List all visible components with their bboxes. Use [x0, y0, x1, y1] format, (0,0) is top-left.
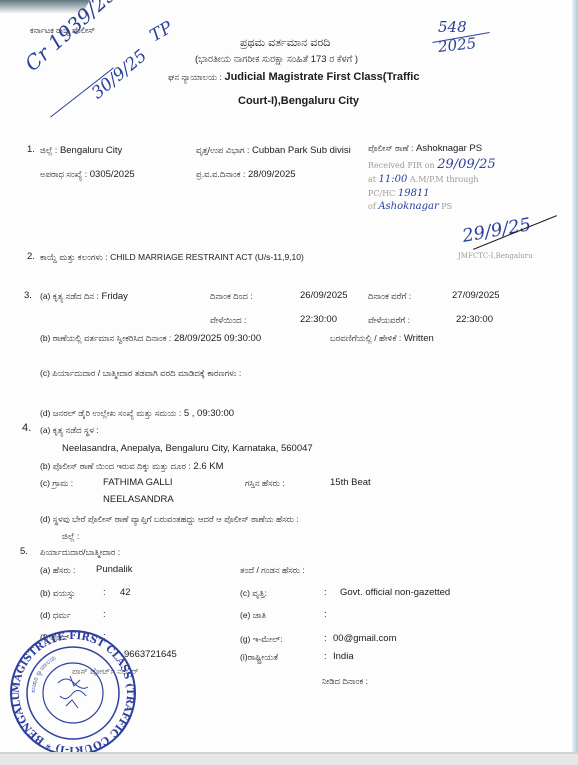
info-mode-label: ಬರವಣಿಗೆಯಲ್ಲಿ / ಹೇಳಿಕೆ : — [330, 333, 401, 343]
village-value-line2: NEELASANDRA — [103, 494, 174, 506]
issued-date-label: ನೀಡಿದ ದಿನಾಂಕ : — [322, 675, 368, 687]
crime-number-field: ಅಪರಾಧ ಸಂಖ್ಯೆ : 0305/2025 — [40, 168, 135, 181]
received-time: 11:00 — [379, 174, 408, 185]
date-from-label: ದಿನಾಂಕ ದಿಂದ : — [210, 290, 253, 302]
nationality-value: India — [333, 651, 354, 663]
handwritten-register-year: 2025 — [437, 34, 477, 56]
court-value-line2: Court-I),Bengaluru City — [238, 95, 359, 107]
station-label: ಪೊಲೀಸ್ ಠಾಣೆ : — [368, 143, 413, 153]
father-name-label: ತಂದೆ / ಗಂಡನ ಹೆಸರು : — [240, 564, 305, 576]
fir-date-label: ಪ್ರ.ವ.ವ.ದಿನಾಂಕ : — [196, 169, 245, 179]
fir-date-field: ಪ್ರ.ವ.ವ.ದಿನಾಂಕ : 28/09/2025 — [196, 168, 296, 181]
court-label: ಘನ ನ್ಯಾಯಾಲಯ : — [168, 72, 222, 82]
document-subtitle: (ಭಾರತೀಯ ನಾಗರೀಕ ಸುರಕ್ಷಾ ಸಂಹಿತೆ 173 ರ ಕೆಳಗ… — [195, 54, 358, 66]
received-stamp-footer: JMFCTC-I,Bengaluru — [458, 252, 533, 260]
district-label: ಜಿಲ್ಲೆ : — [40, 145, 57, 155]
received-stamp-line2: at 11:00 A.M/P.M through — [368, 174, 479, 185]
date-to-label: ದಿನಾಂಕ ವರೆಗೆ : — [368, 290, 411, 302]
court-seal: MAGISTRATE FIRST CLASS (TRAFFIC COURT-I)… — [8, 628, 138, 758]
document-title: ಪ್ರಥಮ ವರ್ತಮಾನ ವರದಿ — [240, 37, 330, 49]
handwritten-initials: TP — [147, 18, 177, 47]
station-value: Ashoknagar PS — [416, 143, 482, 154]
info-mode-field: ಬರವಣಿಗೆಯಲ್ಲಿ / ಹೇಳಿಕೆ : Written — [330, 332, 434, 345]
crime-number-value: 0305/2025 — [90, 169, 135, 180]
religion-label: (d) ಧರ್ಮ — [40, 609, 71, 621]
section1-number: 1. — [27, 144, 35, 156]
subdivision-field: ವೃತ್ತ/ಉಪ ವಿಭಾಗ : Cubban Park Sub divisi — [196, 144, 351, 157]
fir-date-value: 28/09/2025 — [248, 169, 296, 180]
beat-value: 15th Beat — [330, 477, 371, 489]
distance-value: 2.6 KM — [193, 461, 223, 472]
occupation-label: (c) ವೃತ್ತಿ: — [240, 587, 267, 599]
delay-reason-label: (c) ಪಿರ್ಯಾದುದಾರ / ಬಾತ್ಮೀದಾರ ತಡವಾಗಿ ವರದಿ … — [40, 367, 241, 379]
general-diary-value: 5 , 09:30:00 — [184, 408, 234, 419]
received-stamp-line4: of Ashoknagar PS — [368, 201, 452, 212]
district-field: ಜಿಲ್ಲೆ : Bengaluru City — [40, 144, 122, 157]
handwritten-register-number: 548 — [438, 18, 467, 36]
religion-colon: : — [103, 609, 106, 621]
subdivision-label: ವೃತ್ತ/ಉಪ ವಿಭಾಗ : — [196, 145, 249, 155]
received-pc-number: 19811 — [398, 188, 430, 199]
distance-field: (b) ಪೊಲೀಸ್ ಠಾಣೆ ಯಿಂದ ಇರುವ ದಿಕ್ಕು ಮತ್ತು ದ… — [40, 460, 224, 473]
section2-number: 2. — [27, 251, 35, 263]
name-label: (a) ಹೆಸರು : — [40, 564, 75, 576]
court-line: ಘನ ನ್ಯಾಯಾಲಯ : Judicial Magistrate First … — [168, 71, 419, 84]
email-label: (g) ಇ-ಮೇಲ್: — [240, 633, 283, 645]
occupation-colon: : — [324, 587, 327, 599]
occurrence-day-value: Friday — [102, 291, 128, 302]
place-label: (a) ಕೃತ್ಯ ನಡೆದ ಸ್ಥಳ : — [40, 424, 99, 436]
received-signature: 29/9/25 — [461, 214, 533, 247]
station-field: ಪೊಲೀಸ್ ಠಾಣೆ : Ashoknagar PS — [368, 142, 482, 155]
beat-label: ಗಸ್ತಿನ ಹೆಸರು : — [245, 477, 285, 489]
crime-number-label: ಅಪರಾಧ ಸಂಖ್ಯೆ : — [40, 169, 87, 179]
occurrence-day-field: (a) ಕೃತ್ಯ ನಡೆದ ದಿನ : Friday — [40, 290, 128, 303]
village-label: (c) ಗ್ರಾಮ : — [40, 477, 73, 489]
handwritten-case-date: 30/9/25 — [88, 46, 151, 103]
acts-field: ಕಾಯ್ದೆ ಮತ್ತು ಕಲಂಗಳು : CHILD MARRIAGE RES… — [40, 251, 304, 264]
date-from-value: 26/09/2025 — [300, 290, 348, 302]
scan-bottom-bar — [0, 752, 578, 765]
email-value: 00@gmail.com — [333, 633, 397, 645]
age-colon: : — [103, 587, 106, 599]
other-station-label: (d) ಸ್ಥಳವು ಬೇರೆ ಪೊಲೀಸ್ ಠಾಣೆ ವ್ಯಾಪ್ತಿಗೆ ಬ… — [40, 513, 299, 525]
age-label: (b) ವಯಸ್ಸು — [40, 587, 75, 599]
distance-label: (b) ಪೊಲೀಸ್ ಠಾಣೆ ಯಿಂದ ಇರುವ ದಿಕ್ಕು ಮತ್ತು ದ… — [40, 461, 191, 471]
other-district-label: ಜಿಲ್ಲೆ : — [62, 530, 79, 542]
time-from-label: ವೇಳೆಯಿಂದ : — [210, 314, 246, 326]
fir-document-page: ಕರ್ನಾಟಕ ರಾಜ್ಯ ಪೊಲೀಸ್ ಪ್ರಥಮ ವರ್ತಮಾನ ವರದಿ … — [0, 0, 578, 752]
district-value: Bengaluru City — [60, 145, 122, 156]
subdivision-value: Cubban Park Sub divisi — [252, 145, 351, 156]
info-received-label: (b) ಠಾಣೆಯಲ್ಲಿ ವರ್ತಮಾನ ಸ್ವೀಕರಿಸಿದ ದಿನಾಂಕ … — [40, 333, 171, 343]
received-date: 29/09/25 — [437, 157, 495, 172]
email-colon: : — [324, 633, 327, 645]
complainant-title: ಪಿರ್ಯಾದುದಾರ/ಬಾತ್ಮೀದಾರ : — [40, 546, 120, 558]
nationality-label: (i)ರಾಷ್ಟ್ರೀಯತೆ — [240, 651, 278, 663]
received-stamp-line1: Received FIR on 29/09/25 — [368, 157, 496, 172]
time-to-value: 22:30:00 — [456, 314, 493, 326]
time-to-label: ವೇಳೆಯವರೆಗೆ : — [368, 314, 410, 326]
section4-number: 4. — [22, 422, 31, 434]
info-received-field: (b) ಠಾಣೆಯಲ್ಲಿ ವರ್ತಮಾನ ಸ್ವೀಕರಿಸಿದ ದಿನಾಂಕ … — [40, 332, 261, 345]
info-received-value: 28/09/2025 09:30:00 — [174, 333, 261, 344]
date-to-value: 27/09/2025 — [452, 290, 500, 302]
age-value: 42 — [120, 587, 131, 599]
nationality-colon: : — [324, 651, 327, 663]
acts-label: ಕಾಯ್ದೆ ಮತ್ತು ಕಲಂಗಳು : — [40, 252, 108, 262]
place-value: Neelasandra, Anepalya, Bengaluru City, K… — [62, 443, 313, 455]
received-stamp-line3: PC/HC 19811 — [368, 188, 430, 199]
general-diary-label: (d) ಜನರಲ್ ಡೈರಿ ಉಲ್ಲೇಖ ಸಂಖ್ಯೆ ಮತ್ತು ಸಮಯ : — [40, 408, 181, 418]
occupation-value: Govt. official non-gazetted — [340, 587, 450, 599]
received-station: Ashoknagar — [378, 201, 438, 212]
caste-colon: : — [324, 609, 327, 621]
section3-number: 3. — [24, 290, 32, 302]
info-mode-value: Written — [404, 333, 434, 344]
general-diary-field: (d) ಜನರಲ್ ಡೈರಿ ಉಲ್ಲೇಖ ಸಂಖ್ಯೆ ಮತ್ತು ಸಮಯ :… — [40, 407, 234, 420]
court-value: Judicial Magistrate First Class(Traffic — [224, 71, 419, 83]
caste-label: (e) ಜಾತಿ — [240, 609, 266, 621]
village-value-line1: FATHIMA GALLI — [103, 477, 173, 489]
name-value: Pundalik — [96, 564, 132, 576]
time-from-value: 22:30:00 — [300, 314, 337, 326]
acts-value: CHILD MARRIAGE RESTRAINT ACT (U/s-11,9,1… — [110, 252, 304, 262]
occurrence-day-label: (a) ಕೃತ್ಯ ನಡೆದ ದಿನ : — [40, 291, 99, 301]
scan-edge — [572, 0, 578, 752]
section5-number: 5. — [20, 546, 28, 558]
